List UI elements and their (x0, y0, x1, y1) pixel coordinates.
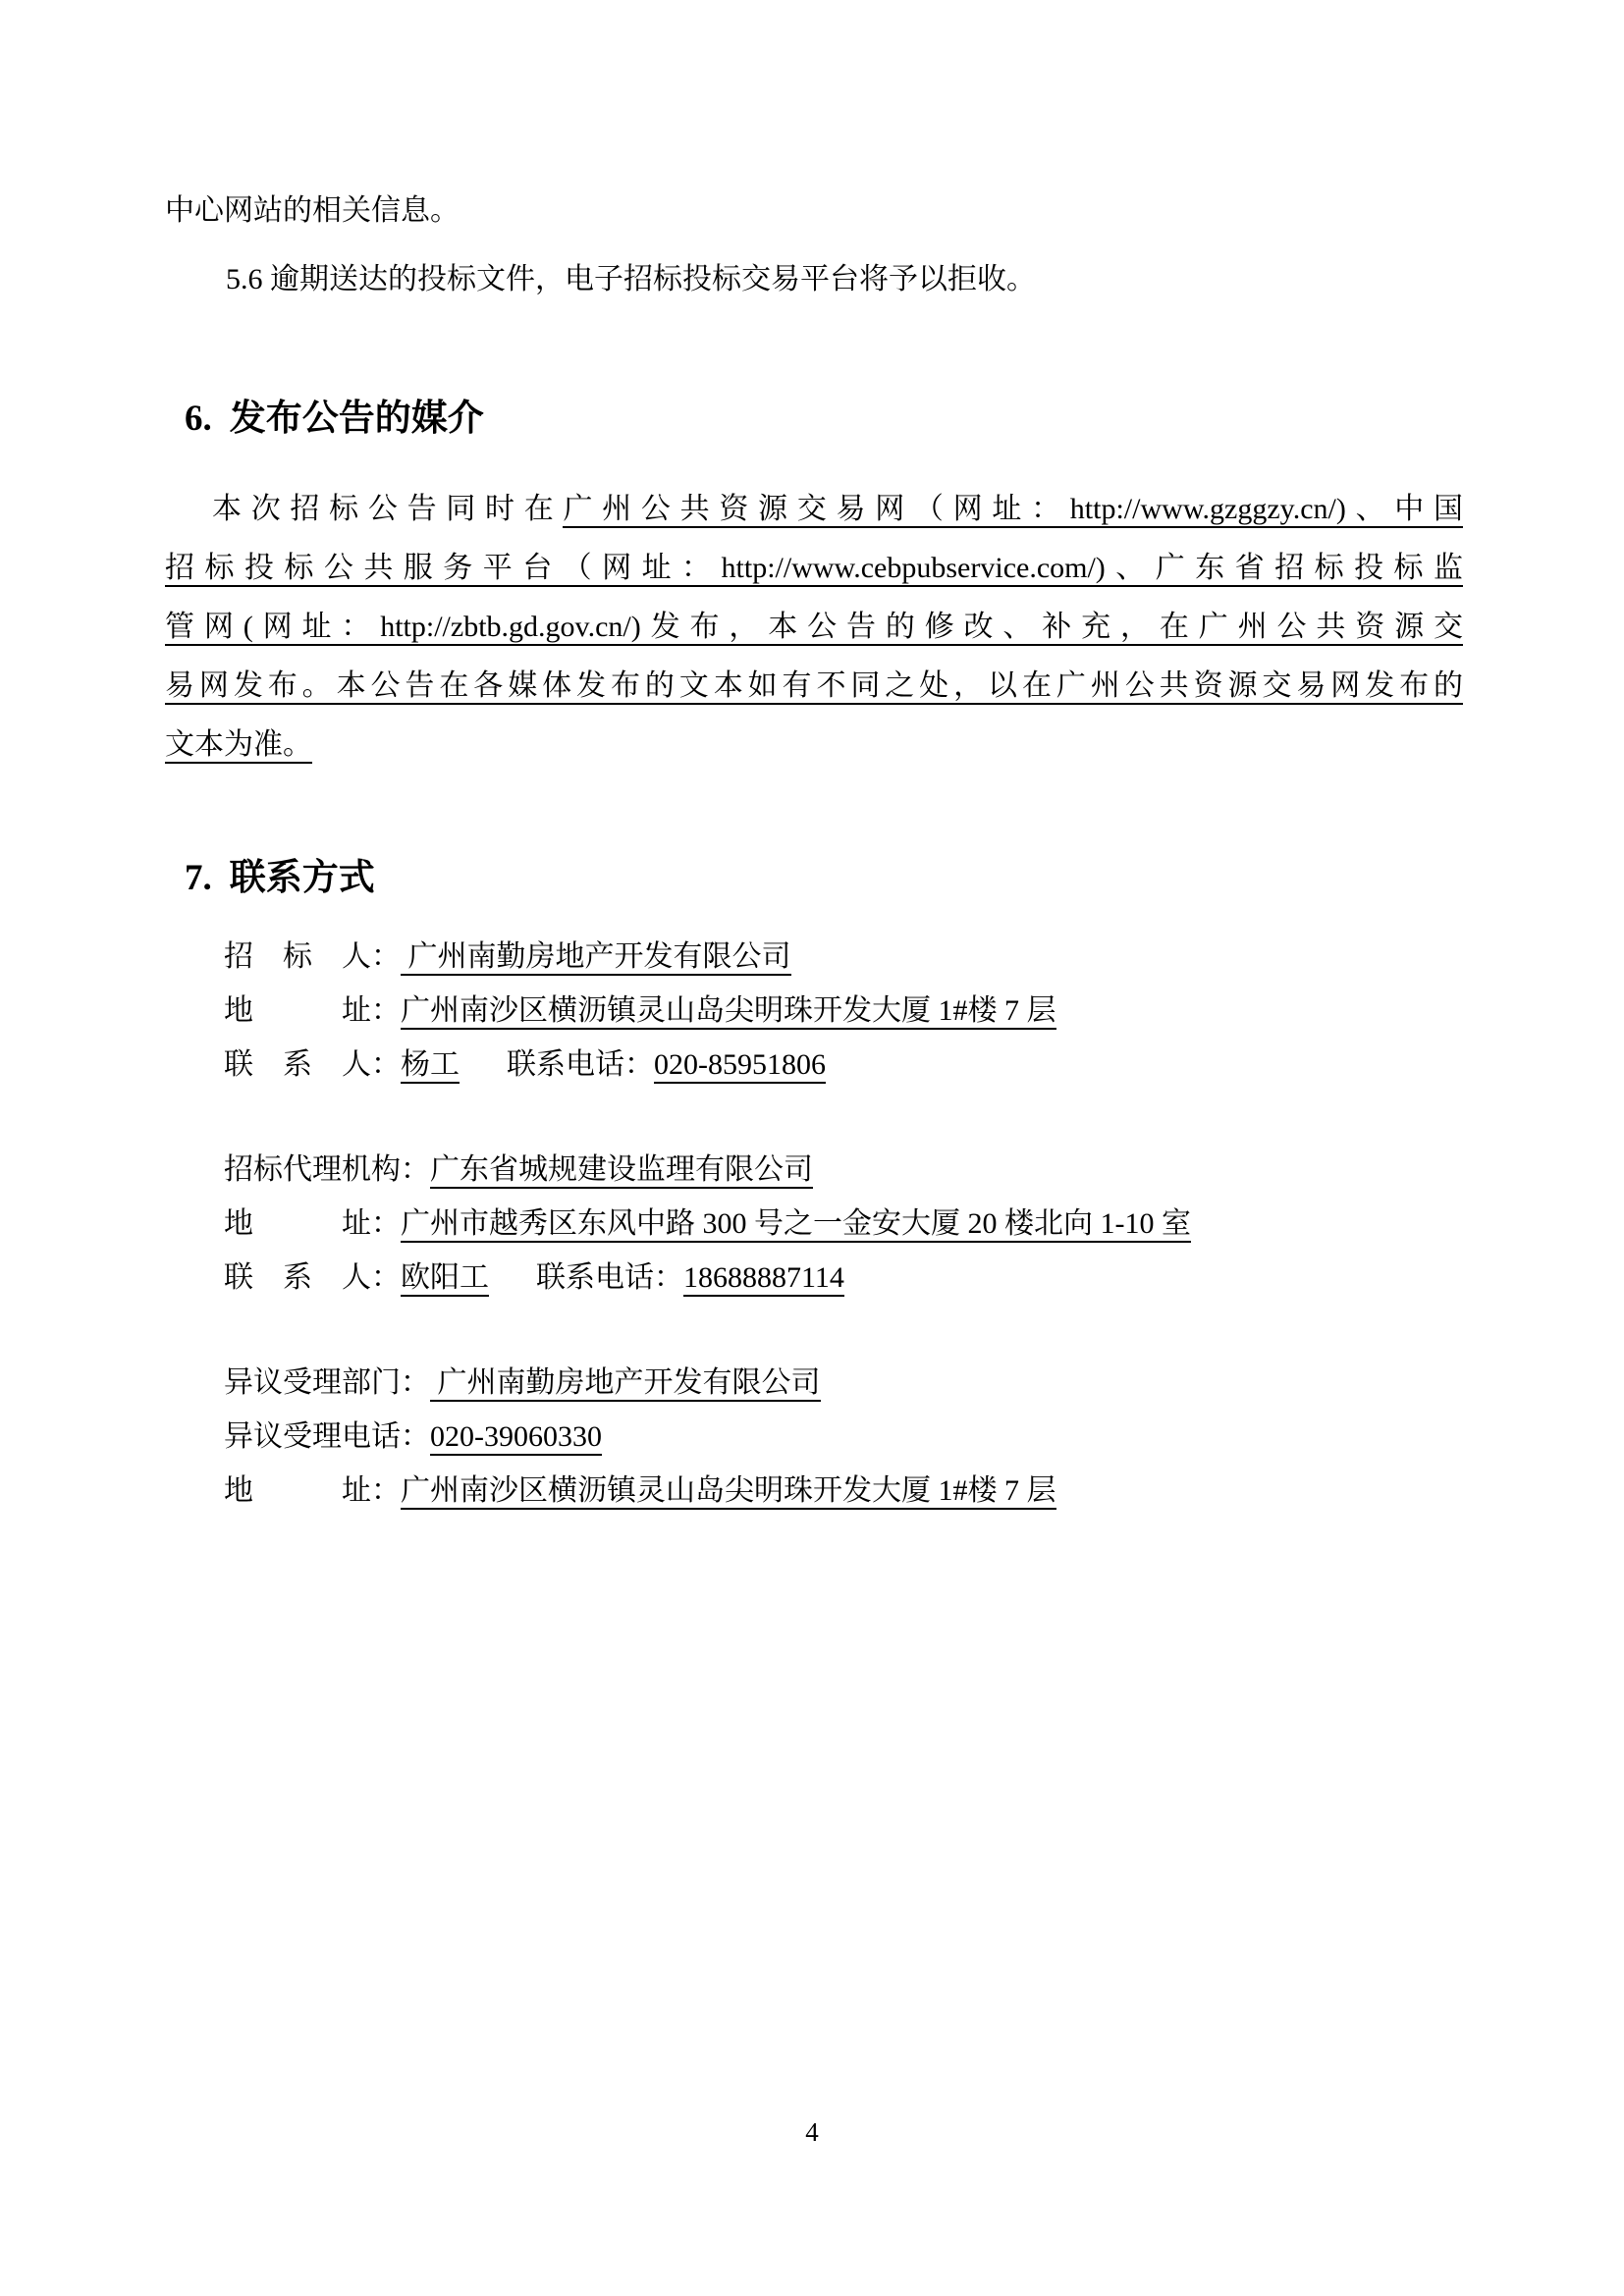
agency-address-row: 地 址：广州市越秀区东风中路 300 号之一金安大厦 20 楼北向 1-10 室 (224, 1197, 1463, 1251)
underlined-text: 文本为准。 (165, 728, 312, 764)
page-number: 4 (0, 2117, 1624, 2147)
tenderer-phone-label: 联系电话： (507, 1048, 654, 1081)
objection-dept-value: 广州南勤房地产开发有限公司 (430, 1366, 821, 1402)
continuation-paragraph: 中心网站的相关信息。 (165, 182, 1463, 240)
agency-name-row: 招标代理机构：广东省城规建设监理有限公司 (224, 1143, 1463, 1197)
objection-dept-label: 异议受理部门： (224, 1366, 430, 1399)
section-7-title: 联系方式 (230, 858, 375, 898)
tenderer-contact-row: 联 系 人：杨工联系电话：020-85951806 (224, 1038, 1463, 1092)
tenderer-contact-label: 联 系 人： (224, 1048, 401, 1081)
plain-text: 本次招标公告同时在 (212, 493, 563, 525)
underlined-text: 易网发布。本公告在各媒体发布的文本如有不同之处，以在广州公共资源交易网发布的 (165, 669, 1463, 705)
paragraph-line: 招标投标公共服务平台（网址：http://www.cebpubservice.c… (165, 539, 1463, 598)
agency-address-value: 广州市越秀区东风中路 300 号之一金安大厦 20 楼北向 1-10 室 (401, 1207, 1191, 1243)
section-7-heading: 7.联系方式 (165, 851, 1463, 906)
tenderer-name-row: 招 标 人： 广州南勤房地产开发有限公司 (224, 930, 1463, 984)
agency-contact-value: 欧阳工 (401, 1261, 489, 1297)
section-6-paragraph: 本次招标公告同时在广州公共资源交易网（网址：http://www.gzggzy.… (165, 480, 1463, 774)
tenderer-contact-value: 杨工 (401, 1048, 460, 1084)
agency-name-value: 广东省城规建设监理有限公司 (430, 1153, 813, 1189)
tenderer-address-label: 地 址： (224, 994, 401, 1027)
paragraph-line: 文本为准。 (165, 716, 1463, 774)
agency-phone-value: 18688887114 (683, 1261, 844, 1297)
objection-address-value: 广州南沙区横沥镇灵山岛尖明珠开发大厦 1#楼 7 层 (401, 1474, 1056, 1510)
agency-address-label: 地 址： (224, 1207, 401, 1240)
section-6-heading: 6.发布公告的媒介 (165, 392, 1463, 447)
objection-address-row: 地 址：广州南沙区横沥镇灵山岛尖明珠开发大厦 1#楼 7 层 (224, 1464, 1463, 1518)
agency-name-label: 招标代理机构： (224, 1153, 430, 1186)
paragraph-line: 本次招标公告同时在广州公共资源交易网（网址：http://www.gzggzy.… (165, 480, 1463, 539)
paragraph-line: 易网发布。本公告在各媒体发布的文本如有不同之处，以在广州公共资源交易网发布的 (165, 657, 1463, 716)
contacts-section: 招 标 人： 广州南勤房地产开发有限公司 地 址：广州南沙区横沥镇灵山岛尖明珠开… (165, 930, 1463, 1518)
objection-block: 异议受理部门： 广州南勤房地产开发有限公司 异议受理电话：020-3906033… (224, 1356, 1463, 1518)
objection-dept-row: 异议受理部门： 广州南勤房地产开发有限公司 (224, 1356, 1463, 1410)
document-content: 中心网站的相关信息。 5.6 逾期送达的投标文件，电子招标投标交易平台将予以拒收… (0, 0, 1624, 1518)
tenderer-name-label: 招 标 人： (224, 940, 401, 973)
tenderer-name-value: 广州南勤房地产开发有限公司 (401, 940, 791, 976)
agency-block: 招标代理机构：广东省城规建设监理有限公司 地 址：广州市越秀区东风中路 300 … (224, 1143, 1463, 1305)
agency-contact-label: 联 系 人： (224, 1261, 401, 1294)
tenderer-phone-value: 020-85951806 (654, 1048, 826, 1084)
tenderer-address-row: 地 址：广州南沙区横沥镇灵山岛尖明珠开发大厦 1#楼 7 层 (224, 984, 1463, 1038)
section-7-number: 7. (185, 858, 212, 898)
agency-contact-row: 联 系 人：欧阳工联系电话：18688887114 (224, 1251, 1463, 1305)
agency-phone-label: 联系电话： (536, 1261, 683, 1294)
objection-phone-row: 异议受理电话：020-39060330 (224, 1410, 1463, 1464)
clause-5-6: 5.6 逾期送达的投标文件，电子招标投标交易平台将予以拒收。 (165, 250, 1463, 309)
underlined-text: 管网(网址：http://zbtb.gd.gov.cn/)发布，本公告的修改、补… (165, 611, 1463, 646)
underlined-text: 广州公共资源交易网（网址：http://www.gzggzy.cn/)、中国 (563, 493, 1463, 528)
section-6-title: 发布公告的媒介 (230, 399, 484, 439)
paragraph-line: 管网(网址：http://zbtb.gd.gov.cn/)发布，本公告的修改、补… (165, 598, 1463, 657)
objection-phone-value: 020-39060330 (430, 1420, 602, 1456)
objection-phone-label: 异议受理电话： (224, 1420, 430, 1453)
section-6-number: 6. (185, 399, 212, 439)
objection-address-label: 地 址： (224, 1474, 401, 1507)
document-page: 中心网站的相关信息。 5.6 逾期送达的投标文件，电子招标投标交易平台将予以拒收… (0, 0, 1624, 2296)
tenderer-block: 招 标 人： 广州南勤房地产开发有限公司 地 址：广州南沙区横沥镇灵山岛尖明珠开… (224, 930, 1463, 1092)
tenderer-address-value: 广州南沙区横沥镇灵山岛尖明珠开发大厦 1#楼 7 层 (401, 994, 1056, 1030)
underlined-text: 招标投标公共服务平台（网址：http://www.cebpubservice.c… (165, 552, 1463, 587)
